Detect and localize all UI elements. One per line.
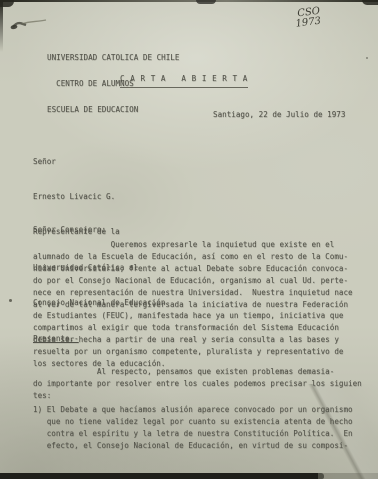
body-paragraph-2: Al respecto, pensamos que existen proble…: [33, 366, 362, 402]
scan-edge-top-right-corner: [362, 0, 378, 5]
date-line: Santiago, 22 de Julio de 1973: [213, 109, 345, 121]
scan-edge-bottom-strip: [0, 473, 324, 479]
handwritten-archive-mark: CSO 1973: [297, 7, 322, 30]
letter-title: C A R T A A B I E R T A: [120, 73, 248, 88]
ink-smudge: [8, 12, 50, 36]
letterhead-org-line1: UNIVERSIDAD CATOLICA DE CHILE: [47, 54, 179, 63]
scan-edge-top-blotch: [196, 0, 216, 4]
recipient-salutation: Señor: [33, 156, 165, 168]
scanned-letter-page: CSO 1973 UNIVERSIDAD CATOLICA DE CHILE C…: [0, 0, 378, 479]
letterhead-org-line3: ESCUELA DE EDUCACION: [47, 106, 179, 115]
body-paragraph-1: Queremos expresarle la inquietud que exi…: [33, 239, 353, 370]
ink-speck: [366, 57, 368, 59]
salutation-line: Señor Consejero:: [33, 224, 106, 236]
recipient-name: Ernesto Livacic G.: [33, 191, 165, 203]
ink-speck: [9, 299, 12, 302]
scan-edge-top: [0, 0, 378, 2]
archive-mark-line2: 1973: [295, 17, 322, 30]
body-numbered-item-1: 1) El Debate a que hacíamos alusión apar…: [33, 404, 353, 452]
scan-edge-left-strip: [0, 0, 3, 52]
